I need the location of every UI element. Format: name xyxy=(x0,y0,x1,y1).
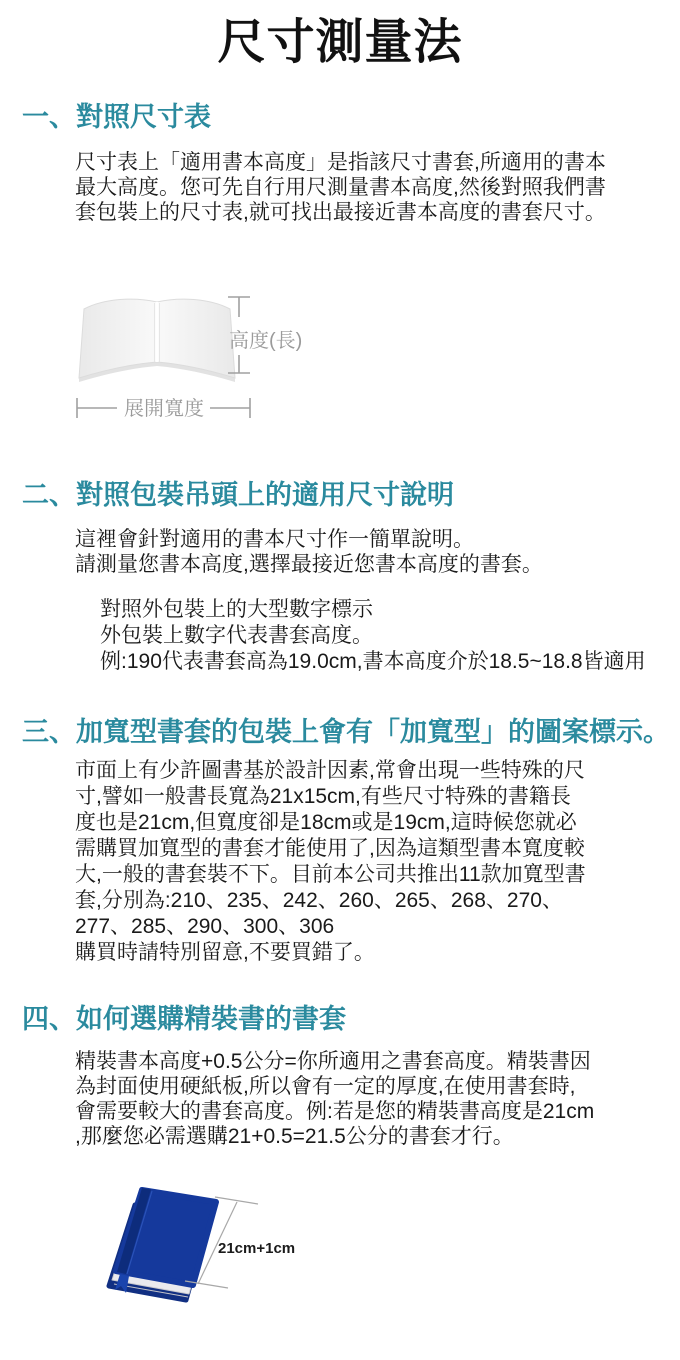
section-3-heading: 三、加寬型書套的包裝上會有「加寬型」的圖案標示。 xyxy=(22,718,670,748)
height-label: 高度(長) xyxy=(229,329,302,352)
section-4-body: 精裝書本高度+0.5公分=你所適用之書套高度。精裝書因 為封面使用硬紙板,所以會… xyxy=(75,1049,660,1149)
hardcover-book-diagram: 21cm+1cm xyxy=(95,1175,325,1310)
section-4-heading: 四、如何選購精裝書的書套 xyxy=(22,1005,346,1035)
width-label: 展開寬度 xyxy=(124,397,204,420)
open-book-diagram: 高度(長) 展開寬度 xyxy=(60,283,330,428)
section-1-body: 尺寸表上「適用書本高度」是指該尺寸書套,所適用的書本 最大高度。您可先自行用尺測… xyxy=(75,150,660,225)
size-measurement-guide-page: 尺寸測量法 一、對照尺寸表 尺寸表上「適用書本高度」是指該尺寸書套,所適用的書本… xyxy=(0,0,680,1360)
section-2-heading: 二、對照包裝吊頭上的適用尺寸說明 xyxy=(22,481,454,511)
section-2-body: 這裡會針對適用的書本尺寸作一簡單說明。 請測量您書本高度,選擇最接近您書本高度的… xyxy=(75,527,660,577)
section-1-heading: 一、對照尺寸表 xyxy=(22,103,211,133)
page-title: 尺寸測量法 xyxy=(0,14,680,72)
section-2-sub-body: 對照外包裝上的大型數字標示 外包裝上數字代表書套高度。 例:190代表書套高為1… xyxy=(100,597,680,675)
hardcover-measure-label: 21cm+1cm xyxy=(218,1240,295,1257)
section-3-body: 市面上有少許圖書基於設計因素,常會出現一些特殊的尺 寸,譬如一般書長寬為21x1… xyxy=(75,758,660,966)
